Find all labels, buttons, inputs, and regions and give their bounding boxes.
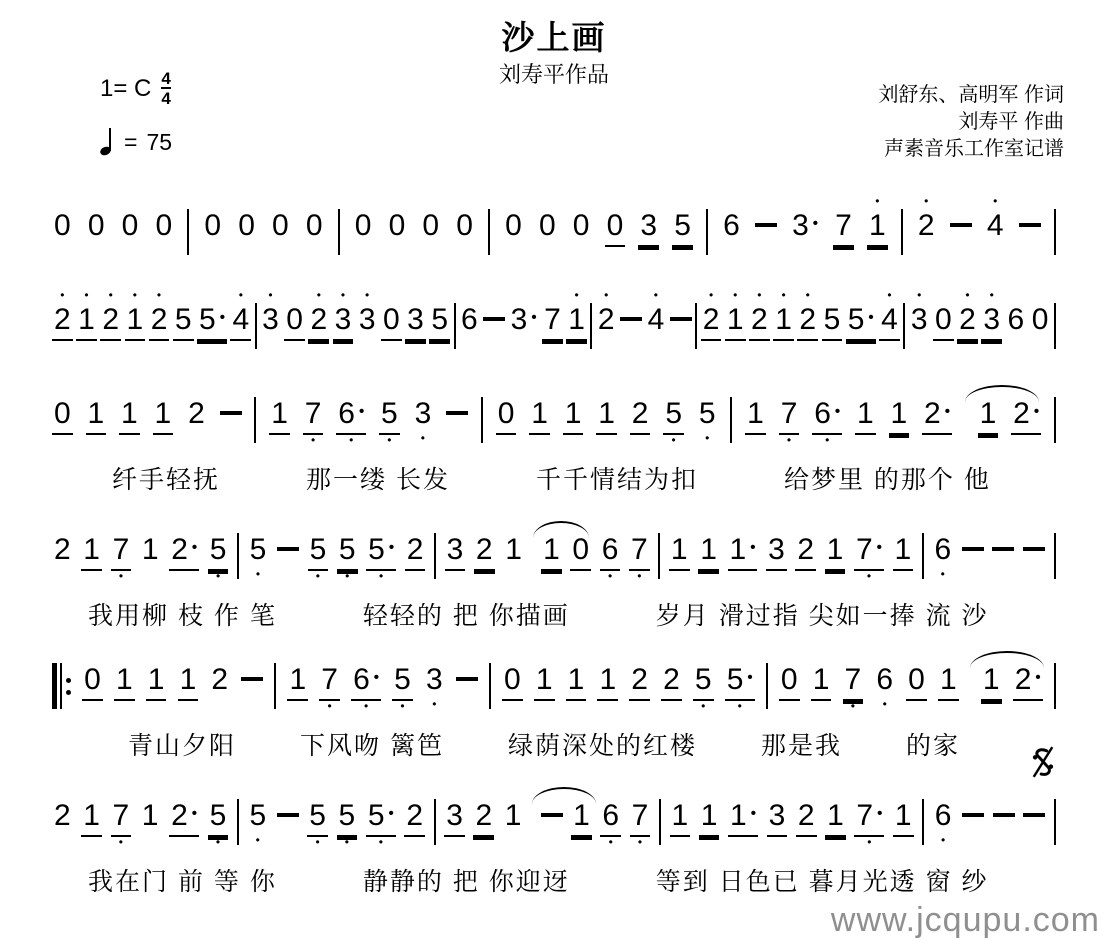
note: •1• bbox=[81, 520, 102, 584]
note: •1• bbox=[855, 384, 876, 448]
barline bbox=[1054, 196, 1056, 264]
note: •3• bbox=[909, 290, 930, 354]
key-label: 1= C bbox=[100, 75, 151, 103]
barline bbox=[237, 786, 239, 854]
duration-dash bbox=[993, 786, 1015, 850]
barline bbox=[922, 520, 924, 588]
note: •5• bbox=[247, 786, 268, 850]
note: •4• bbox=[985, 196, 1006, 260]
note: •6•• bbox=[351, 650, 381, 714]
note: •1• bbox=[699, 786, 720, 850]
note: •0• bbox=[120, 196, 141, 260]
barline bbox=[434, 786, 436, 854]
note: •0• bbox=[502, 650, 523, 714]
note: •7•• bbox=[854, 786, 884, 850]
lyric-segment: 岁月 滑过指 尖如一捧 流 沙 bbox=[656, 596, 989, 632]
note: •6• bbox=[933, 786, 954, 850]
note: •2• bbox=[149, 290, 170, 354]
barline bbox=[481, 384, 483, 452]
lyric-segment: 青山夕阳 bbox=[128, 726, 236, 762]
note: •6•• bbox=[812, 384, 842, 448]
note: •0• bbox=[933, 290, 954, 354]
barline bbox=[254, 384, 256, 452]
note: •3• bbox=[444, 786, 465, 850]
note: •7• bbox=[833, 196, 854, 260]
note: •7• bbox=[629, 520, 650, 584]
note: •1• bbox=[287, 650, 308, 714]
lyric-segment: 我在门 前 等 你 bbox=[88, 862, 277, 898]
barline bbox=[274, 650, 276, 718]
note: •0• bbox=[605, 196, 626, 260]
barline bbox=[237, 520, 239, 588]
note: •5• bbox=[379, 384, 400, 448]
note: •0• bbox=[304, 196, 325, 260]
note: •6• bbox=[459, 290, 480, 354]
note: •7• bbox=[630, 786, 651, 850]
note: •0• bbox=[503, 196, 524, 260]
lyric-segment: 等到 日色已 暮月光透 窗 纱 bbox=[656, 862, 989, 898]
note: •4• bbox=[879, 290, 900, 354]
barline bbox=[730, 384, 732, 452]
segno-icon bbox=[1030, 744, 1056, 780]
note: •1• bbox=[269, 384, 290, 448]
note: •6• bbox=[600, 520, 621, 584]
note: •6• bbox=[600, 786, 621, 850]
duration-dash bbox=[992, 520, 1014, 584]
note: •1• bbox=[745, 384, 766, 448]
note: •7• bbox=[542, 290, 563, 354]
barline bbox=[901, 196, 903, 264]
lyric-segment: 的家 bbox=[906, 726, 960, 762]
note: •2•• bbox=[922, 384, 952, 448]
note: •1• bbox=[76, 290, 97, 354]
note: •3• bbox=[260, 290, 281, 354]
note: •1• bbox=[529, 384, 550, 448]
tempo-equals: = bbox=[124, 129, 137, 156]
note: •3• bbox=[424, 650, 445, 714]
note: •0• bbox=[52, 384, 73, 448]
barline bbox=[1054, 650, 1056, 718]
note: •1• bbox=[503, 520, 524, 584]
note: •5• bbox=[308, 520, 329, 584]
note: •1• bbox=[563, 384, 584, 448]
note: •2• bbox=[630, 384, 651, 448]
duration-dash bbox=[483, 290, 505, 354]
note: •0• bbox=[420, 196, 441, 260]
watermark: www.jcqupu.com bbox=[831, 901, 1100, 940]
barline bbox=[922, 786, 924, 854]
note: •1• bbox=[669, 520, 690, 584]
lyricist-credit: 刘舒东、高明军 作词 bbox=[878, 82, 1064, 109]
barline bbox=[1054, 520, 1056, 588]
final-system: •2••1••7••1••2•••5••5••5••5••5•••2••3••2… bbox=[44, 786, 1064, 900]
lyrics-line-3: 青山夕阳下风吻 篱笆绿荫深处的红楼那是我的家 bbox=[44, 724, 1064, 764]
note: •5• bbox=[392, 650, 413, 714]
barline bbox=[590, 290, 592, 358]
note: •6•• bbox=[336, 384, 366, 448]
note: •0• bbox=[537, 196, 558, 260]
lyric-segment: 轻轻的 把 你描画 bbox=[363, 596, 570, 632]
lyric-segment: 纤手轻抚 bbox=[112, 460, 220, 496]
note: •0• bbox=[270, 196, 291, 260]
note: •1• bbox=[698, 520, 719, 584]
duration-dash bbox=[670, 290, 692, 354]
note: •1• bbox=[86, 384, 107, 448]
note: •7• bbox=[843, 650, 864, 714]
note: •1• bbox=[725, 290, 746, 354]
music-line-3: •0••1••1••1••2••1••7••6•••5••3••0••1••1•… bbox=[44, 384, 1064, 452]
note: •7• bbox=[779, 384, 800, 448]
note: •2• bbox=[661, 650, 682, 714]
duration-dash bbox=[277, 786, 299, 850]
note: •0• bbox=[284, 290, 305, 354]
note: •3•• bbox=[509, 290, 539, 354]
note: •5•• bbox=[197, 290, 227, 354]
note: •2• bbox=[916, 196, 937, 260]
composer-credit: 刘寿平 作曲 bbox=[878, 109, 1064, 136]
note: •1• bbox=[773, 290, 794, 354]
barline bbox=[454, 290, 456, 358]
duration-dash bbox=[950, 196, 972, 260]
note: •1• bbox=[893, 786, 914, 850]
note: •1• bbox=[867, 196, 888, 260]
note: •1•• bbox=[728, 520, 758, 584]
key-signature: 1= C 4 4 bbox=[100, 70, 171, 107]
note: •5• bbox=[822, 290, 843, 354]
note: •2• bbox=[701, 290, 722, 354]
note: •3• bbox=[766, 520, 787, 584]
note: •2• bbox=[473, 786, 494, 850]
note: •5• bbox=[307, 786, 328, 850]
note: •0• bbox=[496, 384, 517, 448]
note: •0• bbox=[353, 196, 374, 260]
barline bbox=[255, 290, 257, 358]
lyric-segment: 那是我 bbox=[761, 726, 842, 762]
note: •3• bbox=[981, 290, 1002, 354]
note: •5• bbox=[173, 290, 194, 354]
note: •3• bbox=[767, 786, 788, 850]
note: •2• bbox=[308, 290, 329, 354]
note: •1• bbox=[596, 384, 617, 448]
lyrics-line-4: 我在门 前 等 你静静的 把 你迎迓等到 日色已 暮月光透 窗 纱 bbox=[44, 860, 1064, 900]
note: •3• bbox=[413, 384, 434, 448]
note: •1• bbox=[889, 384, 910, 448]
note: •2• bbox=[749, 290, 770, 354]
music-line-6: •2••1••7••1••2•••5••5••5••5••5•••2••3••2… bbox=[44, 786, 1064, 854]
note: •7• bbox=[303, 384, 324, 448]
note: •2• bbox=[596, 290, 617, 354]
duration-dash bbox=[220, 384, 242, 448]
note: •7• bbox=[319, 650, 340, 714]
barline bbox=[903, 290, 905, 358]
duration-dash bbox=[456, 650, 478, 714]
duration-dash bbox=[962, 786, 984, 850]
time-numerator: 4 bbox=[161, 70, 170, 87]
duration-dash bbox=[446, 384, 468, 448]
note: •4• bbox=[646, 290, 667, 354]
lyric-segment: 绿荫深处的红楼 bbox=[508, 726, 697, 762]
barline bbox=[434, 520, 436, 588]
duration-dash bbox=[962, 520, 984, 584]
note: •2• bbox=[795, 520, 816, 584]
note: •5•• bbox=[725, 650, 755, 714]
note: •2•• bbox=[169, 520, 199, 584]
barline bbox=[706, 196, 708, 264]
note: •5•• bbox=[846, 290, 876, 354]
note: •1• bbox=[81, 786, 102, 850]
note: •3• bbox=[333, 290, 354, 354]
barline bbox=[659, 786, 661, 854]
note: •0• bbox=[387, 196, 408, 260]
note: •0• bbox=[571, 196, 592, 260]
lyrics-line-2: 我用柳 枝 作 笔轻轻的 把 你描画岁月 滑过指 尖如一捧 流 沙 bbox=[44, 594, 1064, 634]
note: •5• bbox=[248, 520, 269, 584]
duration-dash bbox=[241, 650, 263, 714]
note: •1• bbox=[503, 786, 524, 850]
barline bbox=[658, 520, 660, 588]
note: •2• bbox=[209, 650, 230, 714]
note: •2• bbox=[52, 290, 73, 354]
note: •3• bbox=[405, 290, 426, 354]
note: •1• bbox=[825, 786, 846, 850]
barline bbox=[695, 290, 697, 358]
lyric-segment: 那一缕 长发 bbox=[306, 460, 450, 496]
barline bbox=[187, 196, 189, 264]
note: •2• bbox=[404, 786, 425, 850]
note: •6• bbox=[874, 650, 895, 714]
note: •1• bbox=[566, 290, 587, 354]
note: •3• bbox=[445, 520, 466, 584]
note: •6• bbox=[721, 196, 742, 260]
note: •2• bbox=[52, 520, 73, 584]
time-signature: 4 4 bbox=[161, 70, 170, 107]
credits-block: 刘舒东、高明军 作词 刘寿平 作曲 声素音乐工作室记谱 bbox=[878, 82, 1064, 163]
duration-dash bbox=[1023, 786, 1045, 850]
note: •5•• bbox=[366, 520, 396, 584]
note: •1• bbox=[140, 520, 161, 584]
note: •5• bbox=[693, 650, 714, 714]
note: •1• bbox=[178, 650, 199, 714]
note: •2• bbox=[957, 290, 978, 354]
note: •4• bbox=[230, 290, 251, 354]
note: •5• bbox=[337, 786, 358, 850]
note: •1• bbox=[670, 786, 691, 850]
note: •2• bbox=[474, 520, 495, 584]
barline bbox=[1054, 290, 1056, 358]
lyric-segment: 静静的 把 你迎迓 bbox=[363, 862, 570, 898]
repeat-start-barline bbox=[52, 650, 71, 718]
duration-dash bbox=[755, 196, 777, 260]
note: •2• bbox=[100, 290, 121, 354]
song-title: 沙上画 bbox=[0, 12, 1108, 59]
time-denominator: 4 bbox=[161, 87, 170, 107]
note: •0• bbox=[153, 196, 174, 260]
header: 沙上画 刘寿平作品 1= C 4 4 = 75 刘舒东、高明军 作词 刘寿平 作… bbox=[0, 0, 1108, 184]
note: •0• bbox=[454, 196, 475, 260]
note: •2• bbox=[186, 384, 207, 448]
note: •1• bbox=[125, 290, 146, 354]
duration-dash bbox=[277, 520, 299, 584]
note: •0• bbox=[86, 196, 107, 260]
note: •1• bbox=[146, 650, 167, 714]
note: •2• bbox=[629, 650, 650, 714]
quarter-note-icon bbox=[100, 126, 115, 156]
note: •3• bbox=[357, 290, 378, 354]
duration-dash bbox=[1019, 196, 1041, 260]
note: •5• bbox=[663, 384, 684, 448]
note: •0• bbox=[202, 196, 223, 260]
tempo-marking: = 75 bbox=[100, 126, 172, 156]
note: •5• bbox=[697, 384, 718, 448]
note: •1• bbox=[811, 650, 832, 714]
sheet-music-page: 沙上画 刘寿平作品 1= C 4 4 = 75 刘舒东、高明军 作词 刘寿平 作… bbox=[0, 0, 1108, 940]
music-line-2: •2••1••2••1••2••5••5•••4••3••0••2••3••3•… bbox=[44, 290, 1064, 358]
lyric-segment: 我用柳 枝 作 笔 bbox=[88, 596, 277, 632]
note: •5•• bbox=[366, 786, 396, 850]
lyric-segment: 千千情结为扣 bbox=[536, 460, 698, 496]
note: •6• bbox=[1006, 290, 1027, 354]
lyrics-line-1: 纤手轻抚那一缕 长发千千情结为扣给梦里 的那个 他 bbox=[44, 458, 1064, 498]
note: •3• bbox=[638, 196, 659, 260]
barline bbox=[1054, 384, 1056, 452]
music-line-5: •0••1••1••1••2••1••7••6•••5••3••0••1••1•… bbox=[44, 650, 1064, 718]
music-line-4: •2••1••7••1••2•••5••5••5••5••5•••2••3••2… bbox=[44, 520, 1064, 588]
note: •0• bbox=[1030, 290, 1051, 354]
note: •0• bbox=[82, 650, 103, 714]
barline bbox=[338, 196, 340, 264]
note: •2•• bbox=[169, 786, 199, 850]
note: •1• bbox=[153, 384, 174, 448]
note: •1• bbox=[893, 520, 914, 584]
note: •0• bbox=[236, 196, 257, 260]
note: •5• bbox=[208, 520, 229, 584]
note: •2• bbox=[796, 786, 817, 850]
note: •2• bbox=[52, 786, 73, 850]
note: •1• bbox=[597, 650, 618, 714]
note: •1• bbox=[566, 650, 587, 714]
note: •5• bbox=[337, 520, 358, 584]
note: •0• bbox=[779, 650, 800, 714]
note: •5• bbox=[208, 786, 229, 850]
note: •7•• bbox=[854, 520, 884, 584]
note: •1• bbox=[938, 650, 959, 714]
lyric-segment: 下风吻 篱笆 bbox=[300, 726, 444, 762]
note: •0• bbox=[381, 290, 402, 354]
barline bbox=[766, 650, 768, 718]
barline bbox=[489, 650, 491, 718]
note: •1• bbox=[114, 650, 135, 714]
note: •5• bbox=[429, 290, 450, 354]
note: •3•• bbox=[790, 196, 820, 260]
note: •7• bbox=[111, 786, 132, 850]
duration-dash bbox=[1023, 520, 1045, 584]
note: •1• bbox=[825, 520, 846, 584]
duration-dash bbox=[620, 290, 642, 354]
note: •1• bbox=[534, 650, 555, 714]
note: •6• bbox=[932, 520, 953, 584]
note: •5• bbox=[672, 196, 693, 260]
transcriber-credit: 声素音乐工作室记谱 bbox=[878, 136, 1064, 163]
note: •1• bbox=[119, 384, 140, 448]
note: •1•• bbox=[728, 786, 758, 850]
score: •0••0••0••0••0••0••0••0••0••0••0••0••0••… bbox=[0, 196, 1108, 900]
note: •0• bbox=[52, 196, 73, 260]
barline bbox=[1054, 786, 1056, 854]
lyric-segment: 给梦里 的那个 他 bbox=[784, 460, 991, 496]
barline bbox=[488, 196, 490, 264]
note: •0• bbox=[906, 650, 927, 714]
music-line-1: •0••0••0••0••0••0••0••0••0••0••0••0••0••… bbox=[44, 196, 1064, 264]
note: •2• bbox=[797, 290, 818, 354]
tempo-value: 75 bbox=[146, 129, 172, 156]
note: •1• bbox=[140, 786, 161, 850]
note: •2• bbox=[405, 520, 426, 584]
note: •7• bbox=[111, 520, 132, 584]
